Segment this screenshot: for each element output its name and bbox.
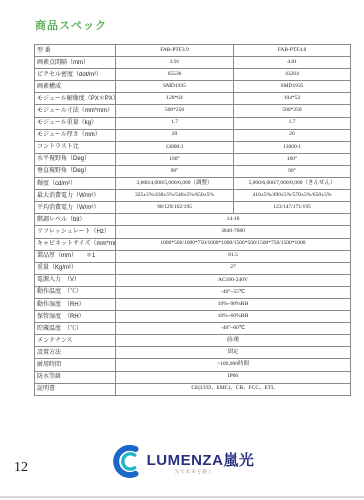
table-header-row: 型 番 FAB-PTF3.9 FAB-PTF4.8 — [35, 45, 351, 57]
table-row: モジュール重量（kg）1.71.7 — [35, 117, 351, 129]
row-value-model-1: SMD1935 — [116, 81, 234, 93]
row-label: 輝度（cd/m²） — [35, 178, 116, 190]
table-row: 画素点間隔（mm）3.914.81 — [35, 57, 351, 69]
row-value: 10%~60%RH — [116, 311, 351, 323]
row-value: 10%~90%RH — [116, 298, 351, 310]
row-value-model-1: 13000:1 — [116, 141, 234, 153]
row-label: 水平視野角（Deg） — [35, 153, 116, 165]
table-row: 画素構成SMD1935SMD1935 — [35, 81, 351, 93]
table-row: ピクセル密度（dot/m²）6553643264 — [35, 69, 351, 81]
lumenza-swirl-icon — [110, 444, 144, 483]
row-value-model-2: 123/147/171/195 — [234, 202, 351, 214]
table-row: 耐用時間>100,000時間 — [35, 359, 351, 371]
row-value-model-2: 4.81 — [234, 57, 351, 69]
row-value: >100,000時間 — [116, 359, 351, 371]
row-value: 3840-7680 — [116, 226, 351, 238]
row-value-model-2: 104*52 — [234, 93, 351, 105]
row-label: モジュール解像度（PX＊PX） — [35, 93, 116, 105]
row-label: 製品厚（mm） ＊1 — [35, 250, 116, 262]
row-value: 81.5 — [116, 250, 351, 262]
spec-table: 型 番 FAB-PTF3.9 FAB-PTF4.8 画素点間隔（mm）3.914… — [34, 44, 351, 396]
spec-table-body: 型 番 FAB-PTF3.9 FAB-PTF4.8 画素点間隔（mm）3.914… — [35, 45, 351, 396]
header-label: 型 番 — [35, 45, 116, 57]
table-row: 水平視野角（Deg）160°160° — [35, 153, 351, 165]
table-row: 動作温度 （℃）-40°~55℃ — [35, 286, 351, 298]
row-label: 証明書 — [35, 383, 116, 395]
row-value-model-1: 160° — [116, 153, 234, 165]
row-label: モジュール寸法（mm*mm） — [35, 105, 116, 117]
table-row: 保管湿度 （RH）10%~60%RH — [35, 311, 351, 323]
row-value-model-1: 325±5%/430±5%/540±5%/650±5% — [116, 190, 234, 202]
row-label: 動作湿度 （RH） — [35, 298, 116, 310]
table-row: 電源入力 （V）AC100-240V — [35, 274, 351, 286]
table-row: 輝度（cd/m²）3,000/4,000/5,000/6,000（調整）5,00… — [35, 178, 351, 190]
row-label: 階調レベル（bit） — [35, 214, 116, 226]
table-row: 重量（Kg/m²）27 — [35, 262, 351, 274]
row-value: 前/後 — [116, 335, 351, 347]
row-value-model-1: 90° — [116, 165, 234, 177]
row-value-model-2: 410±5%/490±5%/570±5%/650±5% — [234, 190, 351, 202]
table-row: 垂直視野角（Deg）90°90° — [35, 165, 351, 177]
row-value: 27 — [116, 262, 351, 274]
row-value: IP66 — [116, 371, 351, 383]
table-row: モジュール解像度（PX＊PX）128*64104*52 — [35, 93, 351, 105]
row-label: ピクセル密度（dot/m²） — [35, 69, 116, 81]
row-value-model-2: 90° — [234, 165, 351, 177]
row-value-model-1: 1.7 — [116, 117, 234, 129]
table-row: コントラスト比13000:113000:1 — [35, 141, 351, 153]
row-value-model-1: 98/129/162/195 — [116, 202, 234, 214]
row-value-model-2: 160° — [234, 153, 351, 165]
row-label: リフレッシュレート（Hz） — [35, 226, 116, 238]
row-value: CE(LVD、EMC)、CB、FCC、ETL — [116, 383, 351, 395]
row-label: 電源入力 （V） — [35, 274, 116, 286]
row-value-model-2: 43264 — [234, 69, 351, 81]
logo-tagline: 光で未来を描く — [175, 469, 255, 475]
row-value-model-1: 20 — [116, 129, 234, 141]
row-label: 画素点間隔（mm） — [35, 57, 116, 69]
table-row: 証明書CE(LVD、EMC)、CB、FCC、ETL — [35, 383, 351, 395]
row-label: モジュール重量（kg） — [35, 117, 116, 129]
row-value: -40°~60℃ — [116, 323, 351, 335]
row-value-model-2: 13000:1 — [234, 141, 351, 153]
row-value-model-1: 500*250 — [116, 105, 234, 117]
row-label: 設置方法 — [35, 347, 116, 359]
row-value: 1000*500/1000*750/1000*1000/1500*500/150… — [116, 238, 351, 250]
table-row: 貯蔵温度 （℃）-40°~60℃ — [35, 323, 351, 335]
row-label: 保管湿度 （RH） — [35, 311, 116, 323]
row-label: 最大消費電力（W/m²） — [35, 190, 116, 202]
row-label: 防水等級 — [35, 371, 116, 383]
table-row: 防水等級IP66 — [35, 371, 351, 383]
page-bottom-divider — [0, 496, 364, 498]
row-label: 画素構成 — [35, 81, 116, 93]
row-value-model-1: 65536 — [116, 69, 234, 81]
row-value-model-1: 3,000/4,000/5,000/6,000（調整） — [116, 178, 234, 190]
row-label: 貯蔵温度 （℃） — [35, 323, 116, 335]
row-value: 固定 — [116, 347, 351, 359]
header-model-2: FAB-PTF4.8 — [234, 45, 351, 57]
header-model-1: FAB-PTF3.9 — [116, 45, 234, 57]
table-row: 動作湿度 （RH）10%~90%RH — [35, 298, 351, 310]
row-label: キャビネットサイズ（mm*mm） — [35, 238, 116, 250]
table-row: キャビネットサイズ（mm*mm）1000*500/1000*750/1000*1… — [35, 238, 351, 250]
row-value-model-2: SMD1935 — [234, 81, 351, 93]
row-value: AC100-240V — [116, 274, 351, 286]
row-value-model-2: 1.7 — [234, 117, 351, 129]
row-value: 14-16 — [116, 214, 351, 226]
logo-wordmark: LUMENZA嵐光 — [147, 453, 255, 468]
row-value-model-1: 3.91 — [116, 57, 234, 69]
table-row: 階調レベル（bit）14-16 — [35, 214, 351, 226]
row-label: 動作温度 （℃） — [35, 286, 116, 298]
row-label: 垂直視野角（Deg） — [35, 165, 116, 177]
table-row: モジュール寸法（mm*mm）500*250500*250 — [35, 105, 351, 117]
table-row: 設置方法固定 — [35, 347, 351, 359]
row-label: 重量（Kg/m²） — [35, 262, 116, 274]
row-label: 平均消費電力（W/m²） — [35, 202, 116, 214]
row-label: メンテナンス — [35, 335, 116, 347]
row-label: コントラスト比 — [35, 141, 116, 153]
row-value-model-2: 500*250 — [234, 105, 351, 117]
row-value-model-1: 128*64 — [116, 93, 234, 105]
row-value: -40°~55℃ — [116, 286, 351, 298]
table-row: 最大消費電力（W/m²）325±5%/430±5%/540±5%/650±5%4… — [35, 190, 351, 202]
table-row: リフレッシュレート（Hz）3840-7680 — [35, 226, 351, 238]
row-label: モジュール厚さ（mm） — [35, 129, 116, 141]
row-value-model-2: 5,000/6,000/7,000/8,000（きんせん） — [234, 178, 351, 190]
table-row: 製品厚（mm） ＊181.5 — [35, 250, 351, 262]
table-row: 平均消費電力（W/m²）98/129/162/195123/147/171/19… — [35, 202, 351, 214]
footer-logo: LUMENZA嵐光 光で未来を描く — [0, 444, 364, 483]
table-row: モジュール厚さ（mm）2020 — [35, 129, 351, 141]
page-title: 商品スペック — [35, 17, 107, 33]
table-row: メンテナンス前/後 — [35, 335, 351, 347]
document-page: 商品スペック 型 番 FAB-PTF3.9 FAB-PTF4.8 画素点間隔（m… — [0, 0, 364, 500]
row-label: 耐用時間 — [35, 359, 116, 371]
row-value-model-2: 20 — [234, 129, 351, 141]
